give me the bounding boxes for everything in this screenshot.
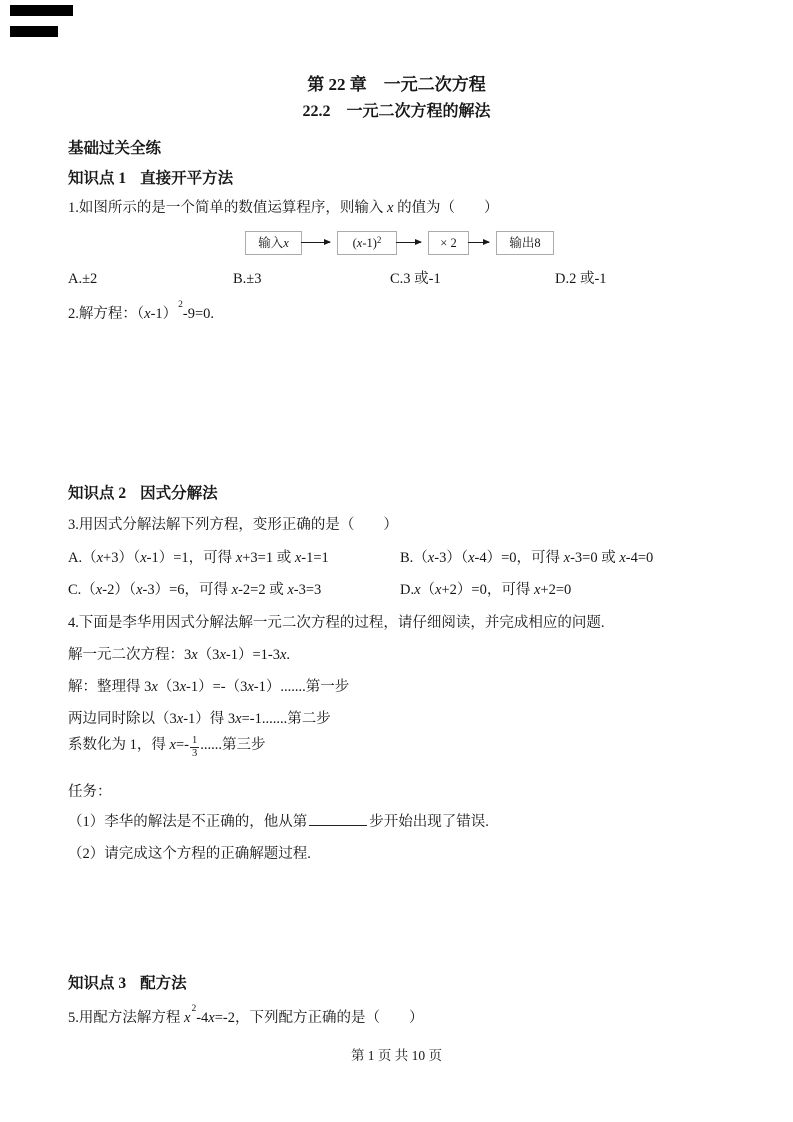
fraction-numerator: 1 <box>190 736 199 749</box>
chapter-title: 第 22 章 一元二次方程 <box>0 74 793 96</box>
knowledge-point-2-label: 知识点 2 <box>68 485 126 502</box>
question-5-suffix: -4x=-2，下列配方正确的是（ ） <box>196 1010 423 1026</box>
flowchart-output-box: 输出8 <box>496 231 554 255</box>
question-3-option-c: C.（x-2）（x-3）=6，可得 x-2=2 或 x-3=3 <box>68 579 321 601</box>
knowledge-point-3-heading: 知识点 3配方法 <box>68 973 187 995</box>
question-3-option-a: A.（x+3）（x-1）=1，可得 x+3=1 或 x-1=1 <box>68 547 329 569</box>
question-4-step-3-suffix: ......第三步 <box>200 737 265 753</box>
flowchart-input-label: 输入x <box>258 236 289 250</box>
section-title: 22.2 一元二次方程的解法 <box>0 101 793 123</box>
flowchart-square-exponent: 2 <box>377 235 382 245</box>
knowledge-point-1-label: 知识点 1 <box>68 170 126 187</box>
knowledge-point-1-heading: 知识点 1直接开平方法 <box>68 168 233 190</box>
question-4-stem: 4.下面是李华用因式分解法解一元二次方程的过程，请仔细阅读，并完成相应的问题. <box>68 612 605 634</box>
question-1-option-b: B.±3 <box>233 268 262 290</box>
question-4-equation: 解一元二次方程：3x（3x-1）=1-3x. <box>68 644 290 666</box>
flowchart-input-box: 输入x <box>245 231 302 255</box>
page-number-footer: 第 1 页 共 10 页 <box>0 1045 793 1067</box>
knowledge-point-2-title: 因式分解法 <box>140 485 218 502</box>
knowledge-point-3-label: 知识点 3 <box>68 975 126 992</box>
flowchart-multiply-label: × 2 <box>440 236 456 250</box>
question-4-task-label: 任务： <box>68 781 112 803</box>
question-2-exponent: 2 <box>178 300 183 310</box>
fraction-one-third: 13 <box>190 736 199 760</box>
flowchart-square-base: (x-1) <box>353 236 377 250</box>
question-4-task-2: （2）请完成这个方程的正确解题过程. <box>68 843 311 865</box>
flowchart-arrow-icon <box>468 242 489 243</box>
question-4-task-1-suffix: 步开始出现了错误. <box>369 814 489 830</box>
question-4-task-1-prefix: （1）李华的解法是不正确的，他从第 <box>68 814 307 830</box>
question-4-step-3-prefix: 系数化为 1，得 x=- <box>68 737 189 753</box>
scan-artifact-bar <box>10 5 73 16</box>
question-5-prefix: 5.用配方法解方程 x <box>68 1010 190 1026</box>
flowchart-multiply-box: × 2 <box>428 231 469 255</box>
answer-blank-line <box>309 823 367 826</box>
question-1-stem: 1.如图所示的是一个简单的数值运算程序，则输入 x 的值为（ ） <box>68 197 499 219</box>
question-1-option-d: D.2 或-1 <box>555 268 607 290</box>
flowchart-square-box: (x-1)2 <box>337 231 397 255</box>
question-1-option-c: C.3 或-1 <box>390 268 441 290</box>
question-1-option-a: A.±2 <box>68 268 97 290</box>
question-3-stem: 3.用因式分解法解下列方程，变形正确的是（ ） <box>68 514 398 536</box>
knowledge-point-2-heading: 知识点 2因式分解法 <box>68 483 218 505</box>
flowchart-output-label: 输出8 <box>509 236 540 250</box>
knowledge-point-1-title: 直接开平方法 <box>140 170 233 187</box>
question-3-option-b: B.（x-3）（x-4）=0，可得 x-3=0 或 x-4=0 <box>400 547 653 569</box>
flowchart-arrow-icon <box>301 242 330 243</box>
question-4-step-1: 解：整理得 3x（3x-1）=-（3x-1）.......第一步 <box>68 676 349 698</box>
question-4-step-3: 系数化为 1，得 x=-13......第三步 <box>68 734 265 760</box>
worksheet-page: 第 22 章 一元二次方程 22.2 一元二次方程的解法 基础过关全练 知识点 … <box>0 0 793 1122</box>
question-4-task-1: （1）李华的解法是不正确的，他从第步开始出现了错误. <box>68 811 489 833</box>
question-5-stem: 5.用配方法解方程 x2-4x=-2，下列配方正确的是（ ） <box>68 1003 423 1029</box>
practice-heading: 基础过关全练 <box>68 138 161 160</box>
question-3-option-d: D.x（x+2）=0，可得 x+2=0 <box>400 579 571 601</box>
scan-artifact-bar <box>10 26 58 37</box>
knowledge-point-3-title: 配方法 <box>140 975 187 992</box>
flowchart-arrow-icon <box>396 242 421 243</box>
question-2-stem: 2.解方程：（x-1）2-9=0. <box>68 299 214 325</box>
fraction-denominator: 3 <box>190 748 199 760</box>
question-5-exponent: 2 <box>191 1004 196 1014</box>
question-2-suffix: -9=0. <box>183 306 214 322</box>
question-4-step-2: 两边同时除以（3x-1）得 3x=-1.......第二步 <box>68 708 331 730</box>
question-2-prefix: 2.解方程：（x-1） <box>68 306 177 322</box>
